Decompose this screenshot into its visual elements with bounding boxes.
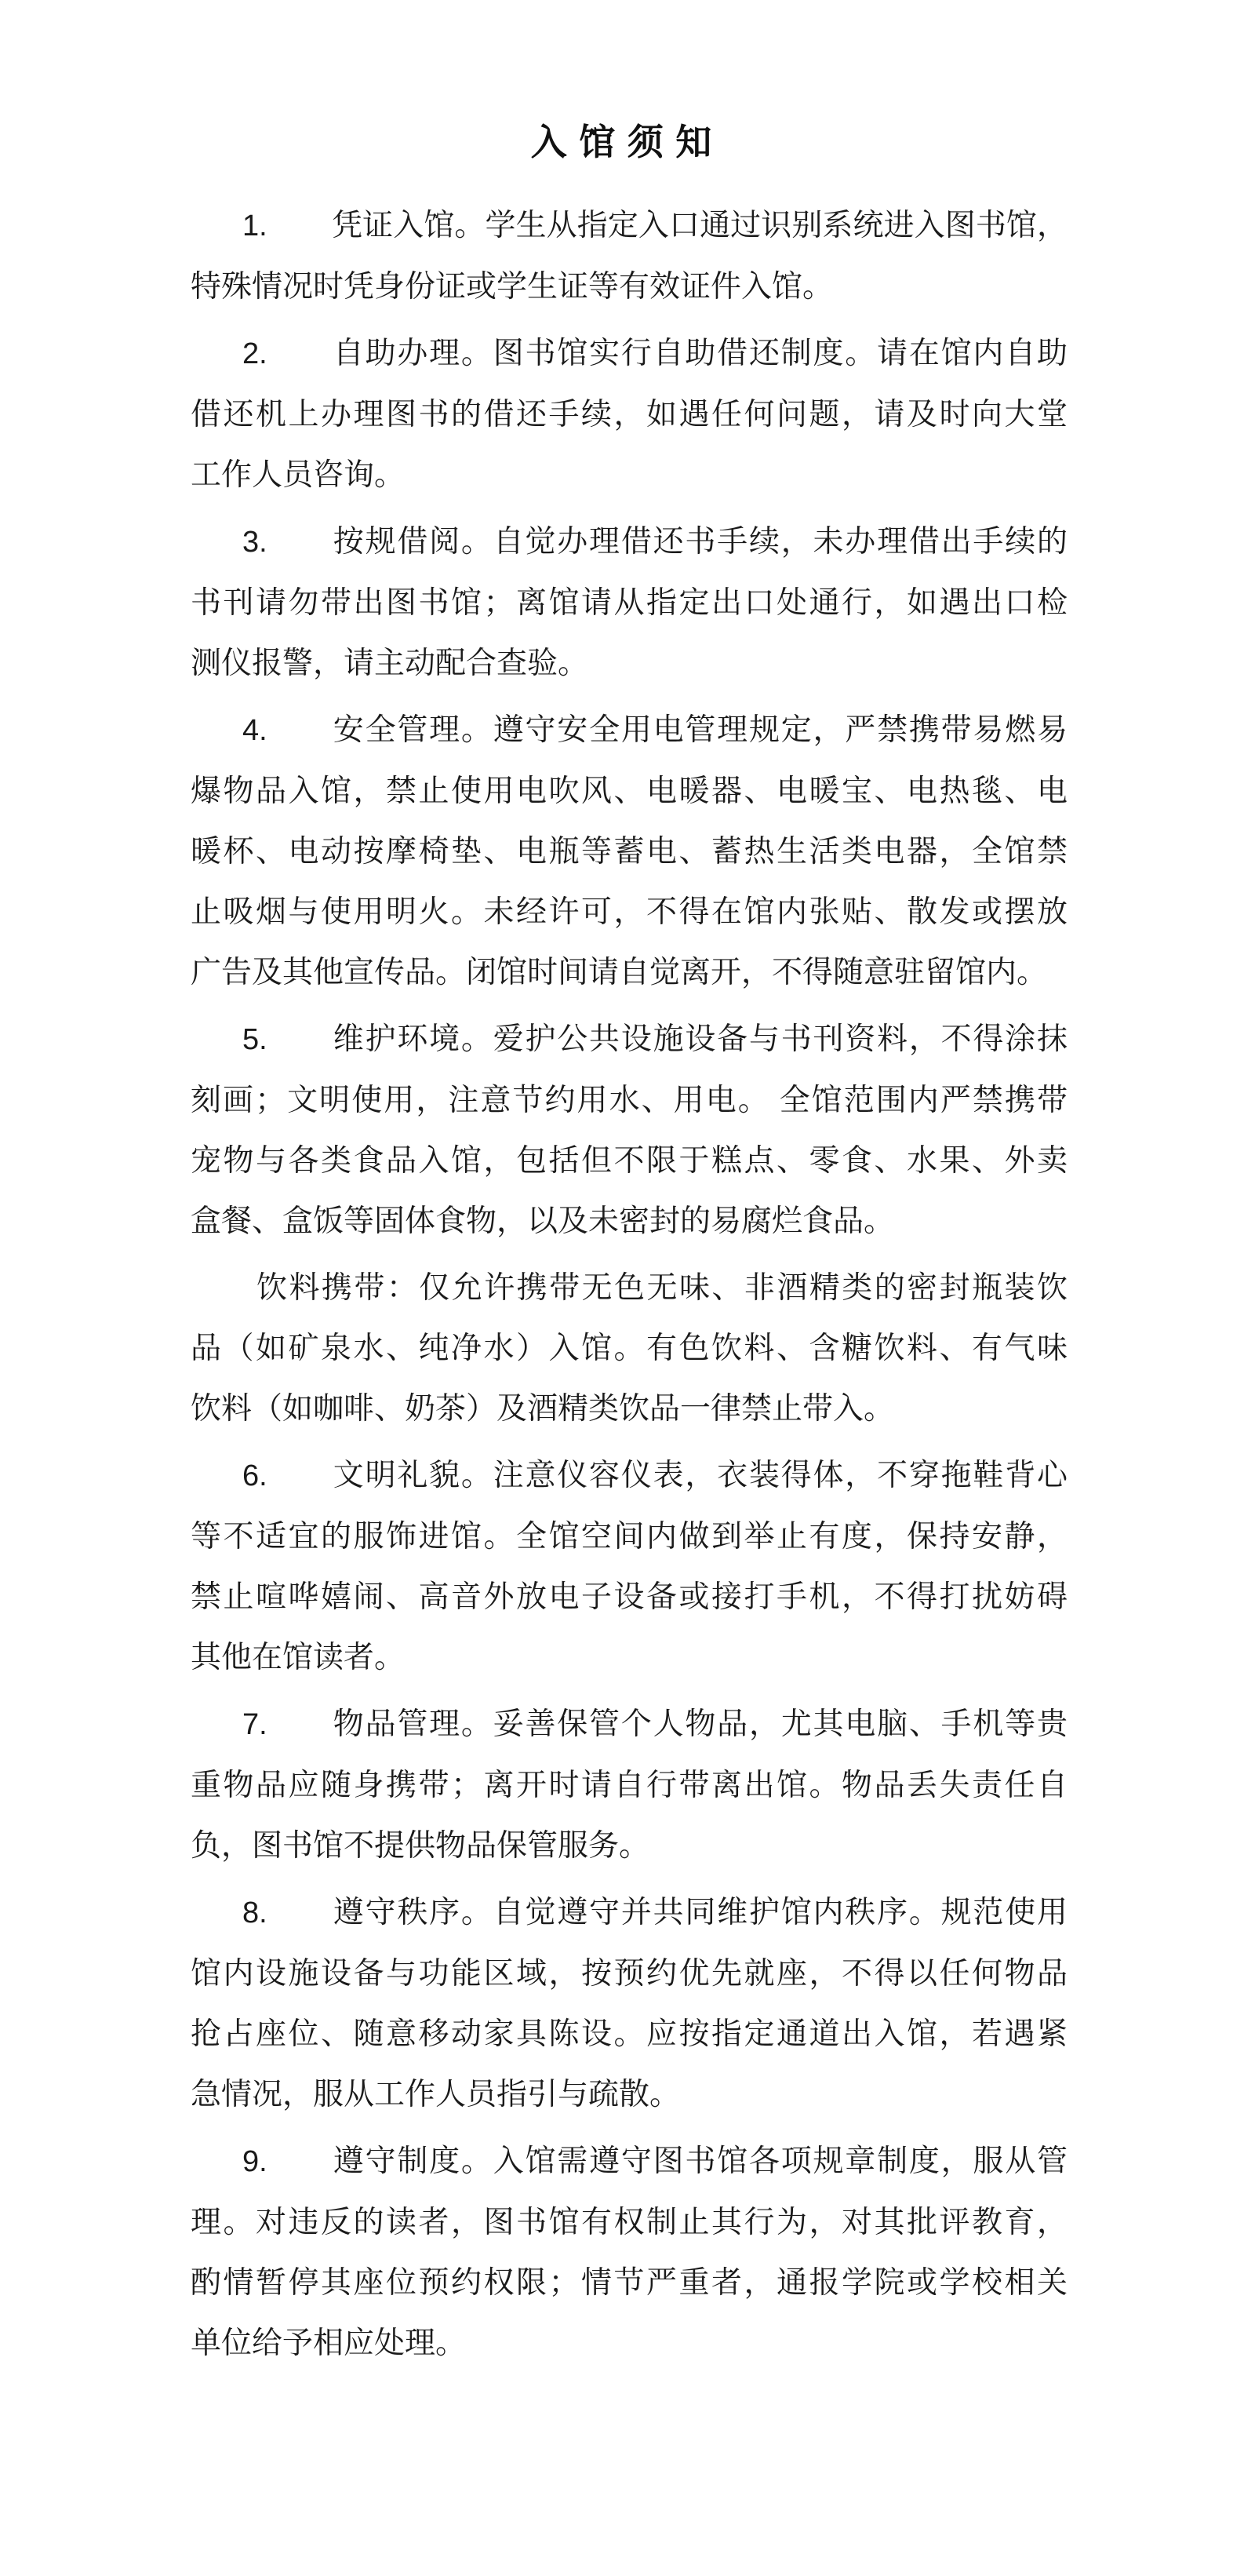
list-number: 7. <box>242 1695 332 1755</box>
paragraph-line: 禁止喧哗嬉闹、高音外放电子设备或接打手机，不得打扰妨碍 <box>191 1567 1068 1627</box>
paragraph-line: 9.遵守制度。入馆需遵守图书馆各项规章制度，服从管 <box>191 2131 1068 2192</box>
line-text: 遵守秩序。自觉遵守并共同维护馆内秩序。规范使用 <box>332 1896 1068 1929</box>
paragraph-line: 2.自助办理。图书馆实行自助借还制度。请在馆内自助 <box>191 323 1068 384</box>
line-text: 刻画；文明使用，注意节约用水、用电。 全馆范围内严禁携带 <box>191 1084 1068 1117</box>
paragraph-line: 其他在馆读者。 <box>191 1627 1068 1688</box>
line-text: 维护环境。爱护公共设施设备与书刊资料，不得涂抹 <box>332 1022 1068 1056</box>
list-number: 5. <box>242 1010 332 1070</box>
line-text: 文明礼貌。注意仪容仪表，衣装得体，不穿拖鞋背心 <box>332 1459 1068 1492</box>
paragraph-line: 广告及其他宣传品。闭馆时间请自觉离开，不得随意驻留馆内。 <box>191 942 1068 1003</box>
notice-paragraph: 9.遵守制度。入馆需遵守图书馆各项规章制度，服从管理。对违反的读者，图书馆有权制… <box>191 2131 1068 2374</box>
line-text: 止吸烟与使用明火。未经许可，不得在馆内张贴、散发或摆放 <box>191 895 1068 929</box>
notice-paragraph: 3.按规借阅。自觉办理借还书手续，未办理借出手续的书刊请勿带出图书馆；离馆请从指… <box>191 512 1068 694</box>
list-number: 3. <box>242 512 332 573</box>
line-text: 工作人员咨询。 <box>191 458 405 492</box>
line-text: 酌情暂停其座位预约权限；情节严重者，通报学院或学校相关 <box>191 2266 1068 2300</box>
paragraph-line: 理。对违反的读者，图书馆有权制止其行为，对其批评教育， <box>191 2192 1068 2253</box>
line-text: 凭证入馆。学生从指定入口通过识别系统进入图书馆， <box>332 209 1068 242</box>
paragraph-line: 重物品应随身携带；离开时请自行带离出馆。物品丢失责任自 <box>191 1755 1068 1816</box>
line-text: 书刊请勿带出图书馆；离馆请从指定出口处通行，如遇出口检 <box>191 586 1068 620</box>
paragraph-line: 止吸烟与使用明火。未经许可，不得在馆内张贴、散发或摆放 <box>191 882 1068 942</box>
notice-paragraph: 4.安全管理。遵守安全用电管理规定，严禁携带易燃易爆物品入馆，禁止使用电吹风、电… <box>191 700 1068 1003</box>
paragraph-line: 测仪报警，请主动配合查验。 <box>191 633 1068 694</box>
paragraph-line: 盒餐、盒饭等固体食物，以及未密封的易腐烂食品。 <box>191 1191 1068 1252</box>
notice-paragraph: 5.维护环境。爱护公共设施设备与书刊资料，不得涂抹刻画；文明使用，注意节约用水、… <box>191 1009 1068 1252</box>
list-number: 2. <box>242 324 332 384</box>
paragraph-line: 特殊情况时凭身份证或学生证等有效证件入馆。 <box>191 257 1068 317</box>
line-text: 其他在馆读者。 <box>191 1641 405 1674</box>
list-number: 1. <box>242 196 332 257</box>
list-number: 8. <box>242 1883 332 1944</box>
line-text: 重物品应随身携带；离开时请自行带离出馆。物品丢失责任自 <box>191 1769 1068 1802</box>
line-text: 饮料携带：仅允许携带无色无味、非酒精类的密封瓶装饮 <box>256 1271 1068 1305</box>
line-text: 爆物品入馆，禁止使用电吹风、电暖器、电暖宝、电热毯、电 <box>191 774 1068 808</box>
document-body: 1.凭证入馆。学生从指定入口通过识别系统进入图书馆，特殊情况时凭身份证或学生证等… <box>191 195 1068 2374</box>
line-text: 禁止喧哗嬉闹、高音外放电子设备或接打手机，不得打扰妨碍 <box>191 1580 1068 1614</box>
notice-paragraph: 1.凭证入馆。学生从指定入口通过识别系统进入图书馆，特殊情况时凭身份证或学生证等… <box>191 195 1068 317</box>
paragraph-line: 7.物品管理。妥善保管个人物品，尤其电脑、手机等贵 <box>191 1694 1068 1755</box>
line-text: 特殊情况时凭身份证或学生证等有效证件入馆。 <box>191 270 833 304</box>
paragraph-line: 饮料携带：仅允许携带无色无味、非酒精类的密封瓶装饮 <box>191 1258 1068 1318</box>
line-text: 物品管理。妥善保管个人物品，尤其电脑、手机等贵 <box>332 1707 1068 1741</box>
notice-paragraph: 8.遵守秩序。自觉遵守并共同维护馆内秩序。规范使用馆内设施设备与功能区域，按预约… <box>191 1882 1068 2125</box>
list-number: 4. <box>242 701 332 761</box>
paragraph-line: 急情况，服从工作人员指引与疏散。 <box>191 2064 1068 2125</box>
paragraph-line: 饮料（如咖啡、奶茶）及酒精类饮品一律禁止带入。 <box>191 1379 1068 1439</box>
paragraph-line: 负，图书馆不提供物品保管服务。 <box>191 1816 1068 1876</box>
paragraph-line: 4.安全管理。遵守安全用电管理规定，严禁携带易燃易 <box>191 700 1068 761</box>
line-text: 等不适宜的服饰进馆。全馆空间内做到举止有度，保持安静， <box>191 1520 1068 1554</box>
paragraph-line: 书刊请勿带出图书馆；离馆请从指定出口处通行，如遇出口检 <box>191 573 1068 633</box>
line-text: 单位给予相应处理。 <box>191 2326 466 2360</box>
paragraph-line: 馆内设施设备与功能区域，按预约优先就座，不得以任何物品 <box>191 1944 1068 2004</box>
notice-paragraph: 6.文明礼貌。注意仪容仪表，衣装得体，不穿拖鞋背心等不适宜的服饰进馆。全馆空间内… <box>191 1445 1068 1688</box>
line-text: 负，图书馆不提供物品保管服务。 <box>191 1829 649 1863</box>
paragraph-line: 品（如矿泉水、纯净水）入馆。有色饮料、含糖饮料、有气味 <box>191 1318 1068 1379</box>
paragraph-line: 6.文明礼貌。注意仪容仪表，衣装得体，不穿拖鞋背心 <box>191 1445 1068 1507</box>
line-text: 暖杯、电动按摩椅垫、电瓶等蓄电、蓄热生活类电器，全馆禁 <box>191 835 1068 869</box>
paragraph-line: 爆物品入馆，禁止使用电吹风、电暖器、电暖宝、电热毯、电 <box>191 761 1068 822</box>
line-text: 测仪报警，请主动配合查验。 <box>191 647 588 680</box>
paragraph-line: 宠物与各类食品入馆，包括但不限于糕点、零食、水果、外卖 <box>191 1131 1068 1191</box>
paragraph-line: 3.按规借阅。自觉办理借还书手续，未办理借出手续的 <box>191 512 1068 573</box>
paragraph-line: 5.维护环境。爱护公共设施设备与书刊资料，不得涂抹 <box>191 1009 1068 1070</box>
notice-paragraph: 饮料携带：仅允许携带无色无味、非酒精类的密封瓶装饮品（如矿泉水、纯净水）入馆。有… <box>191 1258 1068 1439</box>
paragraph-line: 8.遵守秩序。自觉遵守并共同维护馆内秩序。规范使用 <box>191 1882 1068 1944</box>
paragraph-line: 1.凭证入馆。学生从指定入口通过识别系统进入图书馆， <box>191 195 1068 257</box>
document-title: 入 馆 须 知 <box>0 112 1244 173</box>
document-page: 入 馆 须 知 1.凭证入馆。学生从指定入口通过识别系统进入图书馆，特殊情况时凭… <box>0 0 1244 2576</box>
paragraph-line: 借还机上办理图书的借还手续，如遇任何问题，请及时向大堂 <box>191 384 1068 445</box>
line-text: 急情况，服从工作人员指引与疏散。 <box>191 2078 680 2111</box>
paragraph-line: 等不适宜的服饰进馆。全馆空间内做到举止有度，保持安静， <box>191 1507 1068 1567</box>
line-text: 理。对违反的读者，图书馆有权制止其行为，对其批评教育， <box>191 2206 1068 2239</box>
line-text: 品（如矿泉水、纯净水）入馆。有色饮料、含糖饮料、有气味 <box>191 1332 1068 1365</box>
line-text: 安全管理。遵守安全用电管理规定，严禁携带易燃易 <box>332 713 1068 747</box>
line-text: 盒餐、盒饭等固体食物，以及未密封的易腐烂食品。 <box>191 1204 894 1238</box>
paragraph-line: 工作人员咨询。 <box>191 445 1068 505</box>
list-number: 6. <box>242 1446 332 1507</box>
line-text: 自助办理。图书馆实行自助借还制度。请在馆内自助 <box>332 337 1068 370</box>
list-number: 9. <box>242 2132 332 2192</box>
paragraph-line: 酌情暂停其座位预约权限；情节严重者，通报学院或学校相关 <box>191 2253 1068 2313</box>
line-text: 馆内设施设备与功能区域，按预约优先就座，不得以任何物品 <box>191 1957 1068 1991</box>
line-text: 宠物与各类食品入馆，包括但不限于糕点、零食、水果、外卖 <box>191 1144 1068 1178</box>
line-text: 借还机上办理图书的借还手续，如遇任何问题，请及时向大堂 <box>191 398 1068 432</box>
paragraph-line: 抢占座位、随意移动家具陈设。应按指定通道出入馆，若遇紧 <box>191 2004 1068 2064</box>
line-text: 按规借阅。自觉办理借还书手续，未办理借出手续的 <box>332 525 1068 559</box>
line-text: 饮料（如咖啡、奶茶）及酒精类饮品一律禁止带入。 <box>191 1392 894 1426</box>
notice-paragraph: 2.自助办理。图书馆实行自助借还制度。请在馆内自助借还机上办理图书的借还手续，如… <box>191 323 1068 505</box>
notice-paragraph: 7.物品管理。妥善保管个人物品，尤其电脑、手机等贵重物品应随身携带；离开时请自行… <box>191 1694 1068 1876</box>
line-text: 抢占座位、随意移动家具陈设。应按指定通道出入馆，若遇紧 <box>191 2017 1068 2051</box>
paragraph-line: 暖杯、电动按摩椅垫、电瓶等蓄电、蓄热生活类电器，全馆禁 <box>191 822 1068 882</box>
line-text: 广告及其他宣传品。闭馆时间请自觉离开，不得随意驻留馆内。 <box>191 956 1047 989</box>
line-text: 遵守制度。入馆需遵守图书馆各项规章制度，服从管 <box>332 2144 1068 2178</box>
paragraph-line: 单位给予相应处理。 <box>191 2313 1068 2374</box>
paragraph-line: 刻画；文明使用，注意节约用水、用电。 全馆范围内严禁携带 <box>191 1070 1068 1131</box>
